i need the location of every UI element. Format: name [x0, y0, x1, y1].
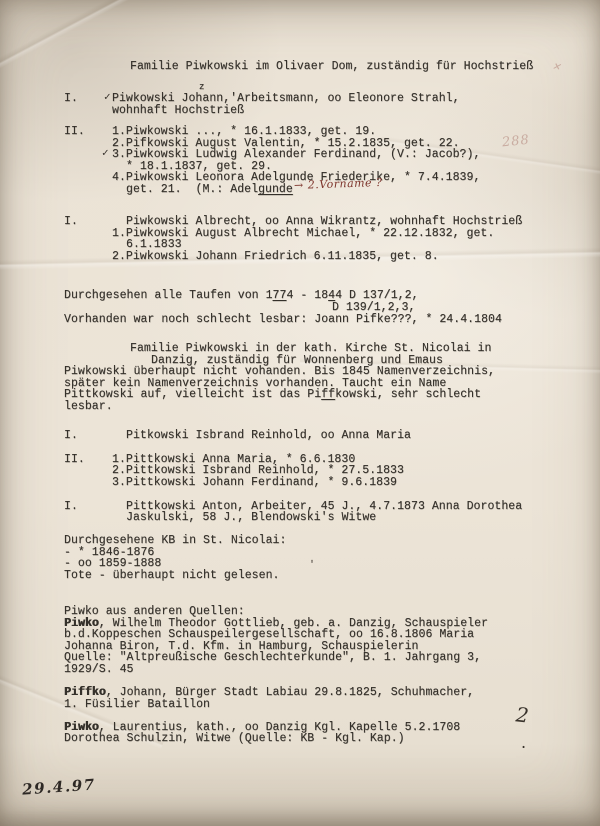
- text-line: Jaskulski, 58 J., Blendowski's Witwe: [126, 512, 376, 524]
- text-line: I.: [64, 501, 78, 513]
- text-line: 2.Piwkowski Johann Friedrich 6.11.1835, …: [112, 251, 439, 263]
- text-line: I.: [64, 93, 78, 105]
- text-line: 1. Füsilier Bataillon: [64, 699, 210, 711]
- text-line: 3.Pittkowski Johann Ferdinand, * 9.6.183…: [112, 477, 397, 489]
- handwritten-date: 29.4.97: [21, 775, 96, 798]
- stray-ink-tick: ʹ: [309, 560, 315, 571]
- text-line: Dorothea Schulzin, Witwe (Quelle: KB - K…: [64, 733, 405, 745]
- text-line: I.: [64, 430, 78, 442]
- text-line: Pitkowski Isbrand Reinhold, oo Anna Mari…: [126, 430, 411, 442]
- scanned-document-page: Familie Piwkowski im Olivaer Dom, zustän…: [0, 0, 600, 826]
- text-line: II.: [64, 126, 85, 138]
- text-line: wohnhaft Hochstrieß: [112, 105, 244, 117]
- text-line: get. 21. (M.: Adelgunde: [126, 184, 293, 196]
- text-line: 1929/S. 45: [64, 664, 134, 676]
- checkmark-johann-icon: ✓: [104, 90, 111, 104]
- paper-crease: [0, 0, 188, 92]
- text-line: II.: [64, 454, 85, 466]
- text-line: Pittkowski auf, vielleicht ist das Piffk…: [64, 389, 481, 401]
- text-line: Familie Piwkowski im Olivaer Dom, zustän…: [130, 61, 533, 73]
- faint-x-mark: ✕: [551, 61, 562, 73]
- handwritten-number-2: 2: [515, 702, 530, 727]
- inserted-letter-z: z: [199, 82, 204, 92]
- text-line: I.: [64, 216, 78, 228]
- text-line: Vorhanden war noch schlecht lesbar: Joan…: [64, 314, 502, 326]
- checkmark-ludwig-icon: ✓: [102, 146, 109, 160]
- text-line: lesbar.: [64, 401, 113, 413]
- faint-pencil-number: 288: [501, 133, 530, 151]
- handwritten-dot: .: [521, 733, 526, 752]
- red-handwritten-note: → 2.Vorname ?: [294, 176, 383, 192]
- text-line: Tote - überhaupt nicht gelesen.: [64, 570, 280, 582]
